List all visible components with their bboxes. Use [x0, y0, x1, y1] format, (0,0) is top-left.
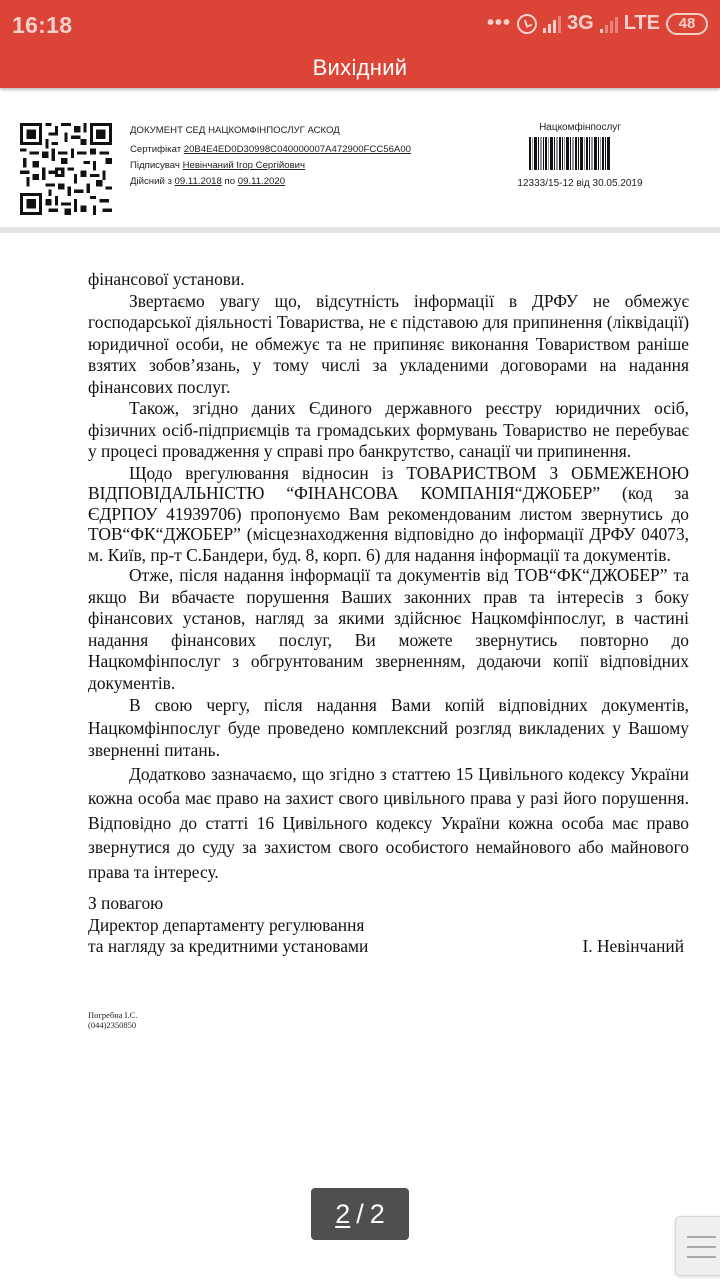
valid-to: 09.11.2020 [238, 176, 285, 187]
paragraph: фінансової установи. [88, 269, 689, 291]
registration-number: 12333/15-12 від 30.05.2019 [505, 178, 655, 189]
menu-icon [687, 1246, 716, 1248]
battery-level: 48 [679, 15, 696, 32]
qr-code-icon [20, 123, 112, 215]
menu-icon [687, 1236, 716, 1238]
status-icons: ••• 3G LTE 48 [487, 12, 708, 35]
more-dots-icon: ••• [487, 12, 511, 35]
stamp-info: ДОКУМЕНТ СЕД НАЦКОМФІНПОСЛУГ АСКОД Серти… [130, 123, 411, 190]
stamp-header: ДОКУМЕНТ СЕД НАЦКОМФІНПОСЛУГ АСКОД [130, 123, 411, 139]
paragraph: Додатково зазначаємо, що згідно з статте… [88, 762, 689, 885]
menu-icon [687, 1256, 716, 1258]
certificate-label: Сертифікат [130, 144, 181, 155]
signature-name: І. Невінчаний [583, 936, 685, 958]
page-title: Вихідний [0, 55, 720, 81]
signer-label: Підписувач [130, 160, 180, 171]
document-body: фінансової установи. Звертаємо увагу що,… [88, 269, 689, 884]
validity-line: Дійсний з 09.11.2018 по 09.11.2020 [130, 174, 411, 190]
executor-info: Погребна І.С. (044)2350850 [88, 1010, 137, 1030]
valid-label: Дійсний з [130, 176, 172, 187]
paragraph: Також, згідно даних Єдиного державного р… [88, 398, 689, 463]
network-type-2: LTE [624, 12, 660, 35]
paragraph: Звертаємо увагу що, відсутність інформац… [88, 291, 689, 399]
valid-to-label: по [225, 176, 236, 187]
closing: З повагою [88, 893, 689, 915]
paragraph: Щодо врегулювання відносин із ТОВАРИСТВО… [88, 463, 689, 566]
scroll-handle[interactable] [675, 1216, 720, 1276]
status-bar: 16:18 ••• 3G LTE 48 [0, 0, 720, 50]
total-pages: 2 [370, 1199, 385, 1230]
signer-value: Невінчаний Ігор Сергійович [183, 160, 305, 171]
page-separator: / [356, 1199, 364, 1230]
paragraph: Отже, після надання інформації та докуме… [88, 565, 689, 694]
battery-icon: 48 [666, 13, 708, 35]
signature-block: З повагою Директор департаменту регулюва… [88, 893, 689, 958]
status-time: 16:18 [12, 12, 72, 39]
alarm-icon [517, 14, 537, 34]
executor-name: Погребна І.С. [88, 1010, 137, 1020]
page-indicator[interactable]: 2 / 2 [311, 1188, 409, 1240]
network-type-1: 3G [567, 12, 594, 35]
current-page: 2 [335, 1199, 350, 1230]
valid-from: 09.11.2018 [175, 176, 222, 187]
certificate-line: Сертифікат 20B4E4ED0D30998C040000007A472… [130, 142, 411, 158]
position-line-1: Директор департаменту регулювання [88, 915, 689, 937]
signal-icon [600, 15, 618, 33]
signal-icon [543, 15, 561, 33]
registration-block: Нацкомфінпослуг 12333/15-12 від 30.05.20… [505, 122, 655, 189]
barcode-icon [529, 137, 631, 170]
app-bar: 16:18 ••• 3G LTE 48 Вихідний [0, 0, 720, 88]
registration-org: Нацкомфінпослуг [505, 122, 655, 133]
paragraph: В свою чергу, після надання Вами копій в… [88, 694, 689, 762]
signer-line: Підписувач Невінчаний Ігор Сергійович [130, 158, 411, 174]
certificate-value: 20B4E4ED0D30998C040000007A472900FCC56A00 [184, 144, 411, 155]
executor-phone: (044)2350850 [88, 1020, 137, 1030]
